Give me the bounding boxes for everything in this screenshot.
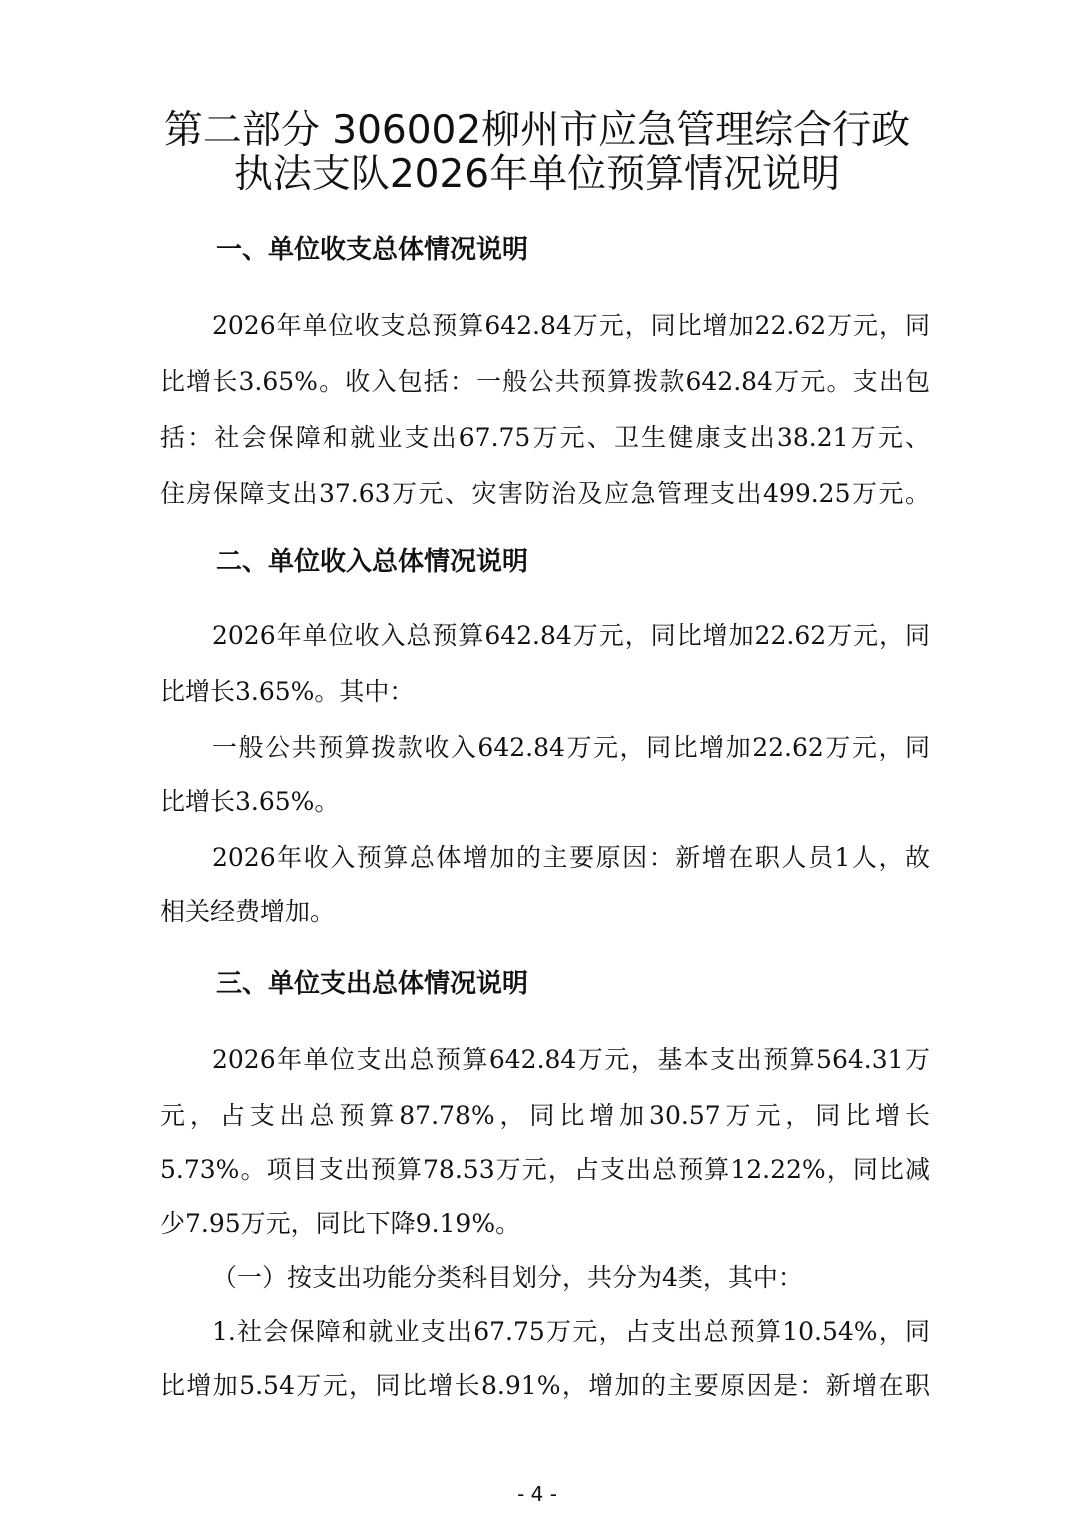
paragraph-line: 比增长3.65%。收入包括：一般公共预算拨款642.84万元。支出包 [160,365,930,399]
paragraph-line: 元，占支出总预算87.78%，同比增加30.57万元，同比增长 [160,1099,930,1133]
paragraph-line: 住房保障支出37.63万元、灾害防治及应急管理支出499.25万元。 [160,477,930,511]
paragraph-line: 括：社会保障和就业支出67.75万元、卫生健康支出38.21万元、 [160,421,930,455]
paragraph-line: 比增长3.65%。其中： [160,675,414,709]
section-heading-3: 三、单位支出总体情况说明 [216,967,528,1001]
section-heading-1: 一、单位收支总体情况说明 [216,233,528,267]
document-page: 第二部分 306002柳州市应急管理综合行政 执法支队2026年单位预算情况说明… [0,0,1074,1520]
paragraph-line: 2026年单位收支总预算642.84万元，同比增加22.62万元，同 [212,309,930,343]
paragraph-line: 相关经费增加。 [160,895,335,929]
paragraph-line: 2026年单位支出总预算642.84万元，基本支出预算564.31万 [212,1043,930,1077]
paragraph-line: 少7.95万元，同比下降9.19%。 [160,1207,520,1241]
section-heading-2: 二、单位收入总体情况说明 [216,545,528,579]
paragraph-line: 5.73%。项目支出预算78.53万元，占支出总预算12.22%，同比减 [160,1153,930,1187]
page-number: - 4 - [0,1482,1074,1506]
paragraph-line: （一）按支出功能分类科目划分，共分为4类，其中： [212,1261,803,1295]
document-title-line1: 第二部分 306002柳州市应急管理综合行政 [0,106,1074,156]
paragraph-line: 比增长3.65%。 [160,785,339,819]
paragraph-line: 一般公共预算拨款收入642.84万元，同比增加22.62万元，同 [212,731,930,765]
paragraph-line: 2026年单位收入总预算642.84万元，同比增加22.62万元，同 [212,619,930,653]
paragraph-line: 1.社会保障和就业支出67.75万元，占支出总预算10.54%，同 [212,1315,930,1349]
paragraph-line: 比增加5.54万元，同比增长8.91%，增加的主要原因是：新增在职 [160,1369,930,1403]
document-title-line2: 执法支队2026年单位预算情况说明 [0,150,1074,200]
paragraph-line: 2026年收入预算总体增加的主要原因：新增在职人员1人，故 [212,841,930,875]
